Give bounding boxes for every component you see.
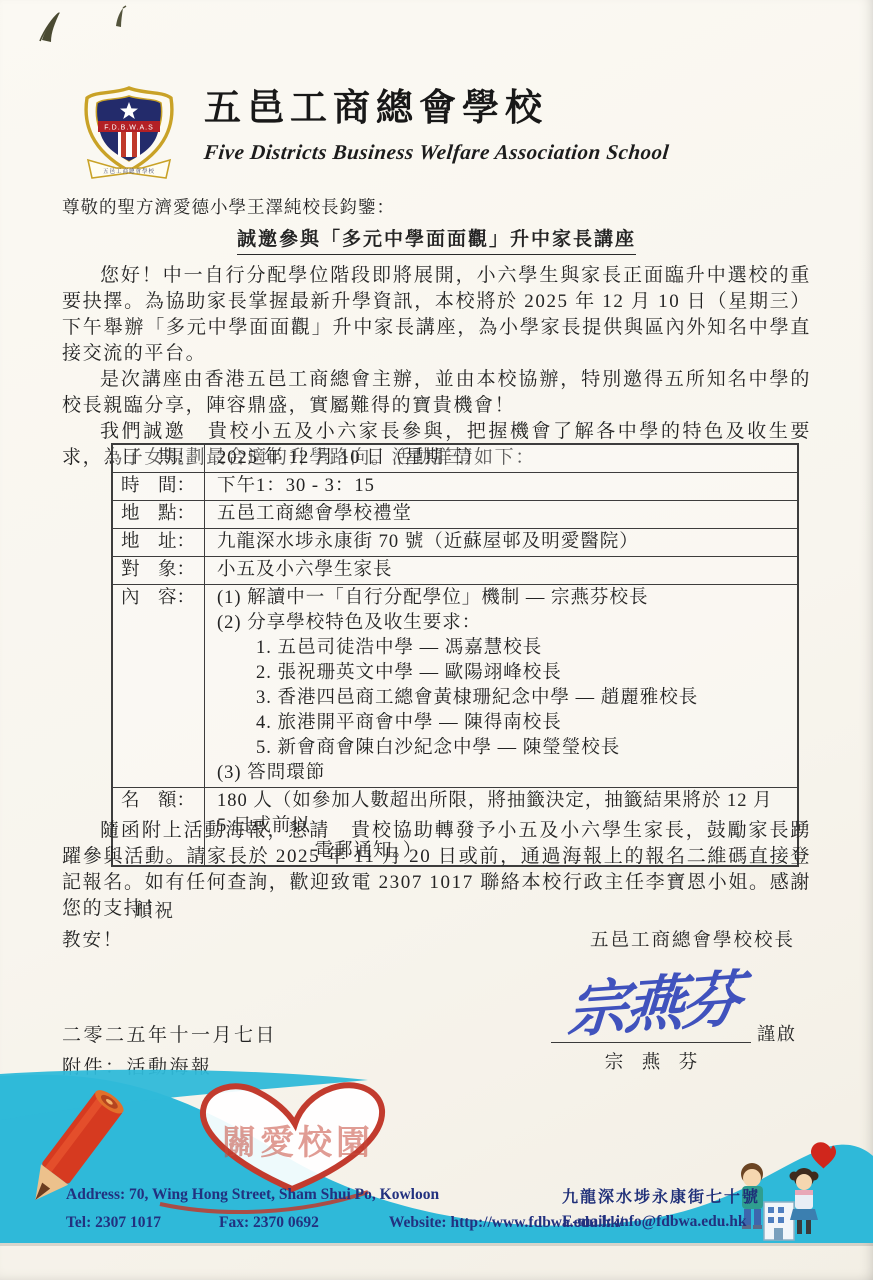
footer-address-zh: 九龍深水埗永康街七十號 xyxy=(562,1184,760,1207)
footer-artwork: 關愛校園 xyxy=(0,1064,873,1280)
row-label: 內 容： xyxy=(113,585,205,787)
letter-title: 誠邀參與「多元中學面面觀」升中家長講座 xyxy=(0,224,873,255)
row-value: 五邑工商總會學校禮堂 xyxy=(205,501,797,528)
handwritten-signature: 宗燕芬 xyxy=(565,948,781,1049)
letter-date: 二零二五年十一月七日 xyxy=(62,1020,277,1047)
caring-school-text: 關愛校園 xyxy=(222,1124,374,1162)
row-value: 小五及小六學生家長 xyxy=(205,557,797,584)
paragraph: 是次講座由香港五邑工商總會主辦，並由本校協辦，特別邀得五所知名中學的校長親臨分享… xyxy=(62,367,811,419)
paragraph: 您好！中一自行分配學位階段即將展開，小六學生與家長正面臨升中選校的重要抉擇。為協… xyxy=(62,263,811,367)
table-row: 地 點： 五邑工商總會學校禮堂 xyxy=(113,500,797,528)
row-value: 2025 年 12 月 10 日（星期三） xyxy=(205,445,797,472)
row-value: 九龍深水埗永康街 70 號（近蘇屋邨及明愛醫院） xyxy=(205,529,797,556)
respectfully-label: 謹啟 xyxy=(757,1020,797,1046)
pen-marks xyxy=(24,4,174,50)
closing-wish-shunzhu: 順祝 xyxy=(62,898,811,926)
school-building-icon xyxy=(764,1202,794,1240)
row-label: 日 期： xyxy=(113,445,205,472)
signature-line xyxy=(551,1042,751,1043)
row-label: 地 址： xyxy=(113,529,205,556)
scanned-letter-page: F.D.B.W.A.S 五邑工商總會學校 五邑工商總會學校 Five Distr… xyxy=(0,0,873,1280)
table-row: 地 址： 九龍深水埗永康街 70 號（近蘇屋邨及明愛醫院） xyxy=(113,528,797,556)
row-label: 時 間： xyxy=(113,473,205,500)
letterhead: F.D.B.W.A.S 五邑工商總會學校 五邑工商總會學校 Five Distr… xyxy=(74,84,669,186)
school-name-en: Five Districts Business Welfare Associat… xyxy=(203,140,671,165)
row-value: (1) 解讀中一「自行分配學位」機制 — 宗燕芬校長 (2) 分享學校特色及收生… xyxy=(205,585,797,787)
school-name-zh: 五邑工商總會學校 xyxy=(204,88,669,131)
table-row: 時 間： 下午1：30 - 3：15 xyxy=(113,472,797,500)
footer-email: E-mail: info@fdbwa.edu.hk xyxy=(562,1213,747,1231)
row-label: 對 象： xyxy=(113,557,205,584)
footer-tel: Tel: 2307 1017 xyxy=(66,1214,161,1232)
table-row: 對 象： 小五及小六學生家長 xyxy=(113,556,797,584)
body-paragraphs: 您好！中一自行分配學位階段即將展開，小六學生與家長正面臨升中選校的重要抉擇。為協… xyxy=(62,263,811,471)
letter-title-text: 誠邀參與「多元中學面面觀」升中家長講座 xyxy=(237,224,636,255)
row-value: 下午1：30 - 3：15 xyxy=(205,473,797,500)
table-row: 內 容： (1) 解讀中一「自行分配學位」機制 — 宗燕芬校長 (2) 分享學校… xyxy=(113,584,797,787)
school-crest-logo: F.D.B.W.A.S 五邑工商總會學校 xyxy=(74,84,184,186)
footer-fax: Fax: 2370 0692 xyxy=(219,1214,319,1232)
footer-address-en: Address: 70, Wing Hong Street, Sham Shui… xyxy=(66,1186,439,1204)
closing-wishes: 順祝 教安！ 五邑工商總會學校校長 xyxy=(62,898,811,956)
table-row: 日 期： 2025 年 12 月 10 日（星期三） xyxy=(113,445,797,472)
crest-band-text: F.D.B.W.A.S xyxy=(104,125,154,132)
event-details-table: 日 期： 2025 年 12 月 10 日（星期三） 時 間： 下午1：30 -… xyxy=(111,443,799,867)
closing-wish-jiaoan: 教安！ xyxy=(62,926,124,956)
salutation: 尊敬的聖方濟愛德小學王澤純校長鈞鑒： xyxy=(62,194,395,219)
crest-ribbon-text: 五邑工商總會學校 xyxy=(103,167,155,175)
footer-contact-row: Tel: 2307 1017 Fax: 2370 0692 Website: h… xyxy=(66,1214,623,1232)
row-label: 地 點： xyxy=(113,501,205,528)
